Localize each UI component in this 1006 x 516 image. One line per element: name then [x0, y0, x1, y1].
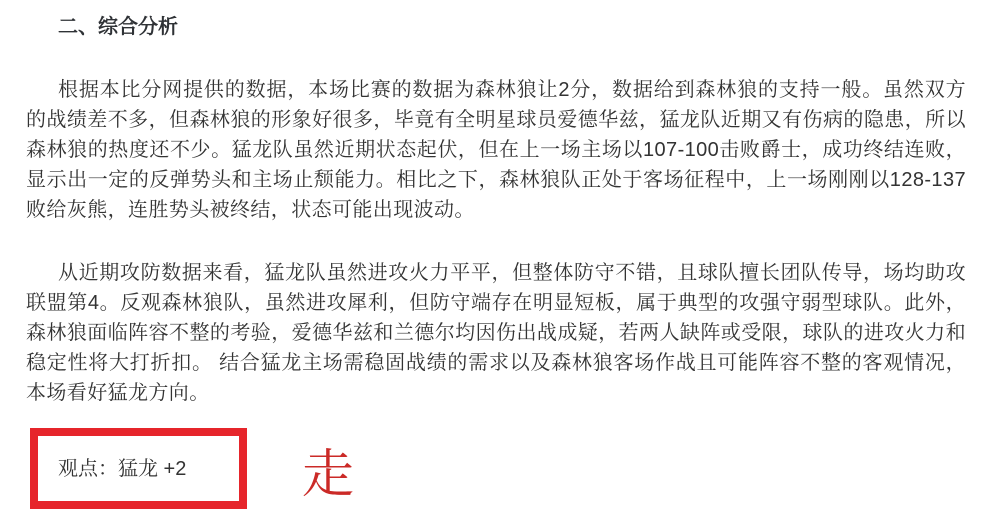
section-heading: 二、综合分析 [26, 13, 966, 41]
analysis-paragraph-1: 根据本比分网提供的数据，本场比赛的数据为森林狼让2分，数据给到森林狼的支持一般。… [26, 75, 966, 225]
analysis-article: 二、综合分析 根据本比分网提供的数据，本场比赛的数据为森林狼让2分，数据给到森林… [0, 0, 1006, 509]
verdict-row: 观点：猛龙 +2 走 [26, 428, 966, 509]
verdict-highlight-box: 观点：猛龙 +2 [30, 428, 247, 509]
verdict-text: 观点：猛龙 +2 [38, 454, 186, 484]
handwritten-stamp: 走 [302, 450, 354, 502]
analysis-paragraph-2: 从近期攻防数据来看，猛龙队虽然进攻火力平平，但整体防守不错，且球队擅长团队传导，… [26, 258, 966, 408]
